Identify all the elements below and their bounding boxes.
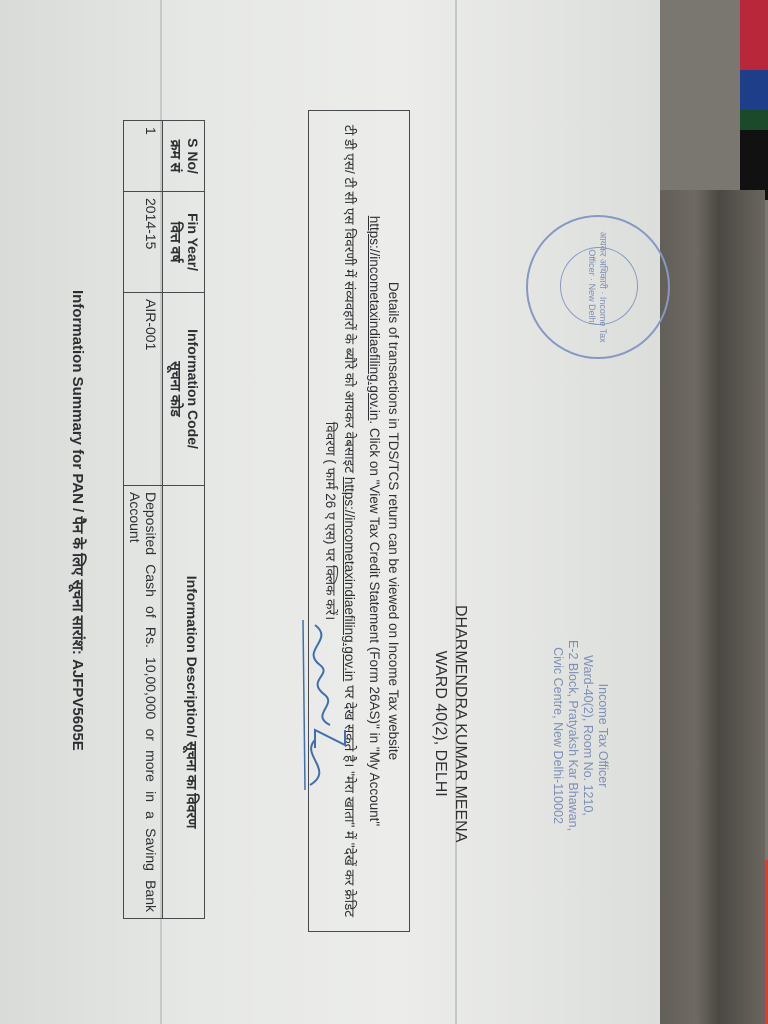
officer-ward: WARD 40(2), DELHI <box>430 605 450 842</box>
header-info-description: Information Description/ सूचना का विवरण <box>163 486 205 919</box>
cell-s-no: 1 <box>124 121 163 192</box>
officer-block: DHARMENDRA KUMAR MEENA WARD 40(2), DELHI <box>430 605 470 842</box>
cell-description: Deposited Cash of Rs. 10,00,000 or more … <box>124 486 163 919</box>
background-cloth <box>740 0 768 200</box>
document-title: Information Summary for PAN / पैन के लिए… <box>68 290 88 751</box>
table-row: 1 2014-15 AIR-001 Deposited Cash of Rs. … <box>124 121 163 919</box>
book-edge <box>650 190 765 1024</box>
cell-info-code: AIR-001 <box>124 293 163 486</box>
header-fin-year: Fin Year/वित्त वर्ष <box>163 192 205 293</box>
office-stamp: Income Tax Officer Ward-40(2), Room No. … <box>550 640 610 831</box>
rotated-document-content: Information Summary for PAN / पैन के लिए… <box>0 0 660 1024</box>
table-header-row: S No/क्रम सं Fin Year/वित्त वर्ष Informa… <box>163 121 205 919</box>
efiling-link[interactable]: https://incometaxindiaefiling.gov.in <box>367 216 382 421</box>
notice-hindi: टी डी एस/ टी सी एस विवरणी में संव्यवहारो… <box>321 111 365 931</box>
cell-fin-year: 2014-15 <box>124 192 163 293</box>
notice-box: Details of transactions in TDS/TCS retur… <box>308 110 410 932</box>
information-table: S No/क्रम सं Fin Year/वित्त वर्ष Informa… <box>123 120 205 919</box>
header-info-code: Information Code/सूचना कोड <box>163 293 205 486</box>
officer-name: DHARMENDRA KUMAR MEENA <box>450 605 470 842</box>
notice-english: Details of transactions in TDS/TCS retur… <box>365 111 409 931</box>
round-seal: आयकर अधिकारी · Income Tax Officer · New … <box>526 215 670 359</box>
signature <box>285 620 355 800</box>
header-s-no: S No/क्रम सं <box>163 121 205 192</box>
